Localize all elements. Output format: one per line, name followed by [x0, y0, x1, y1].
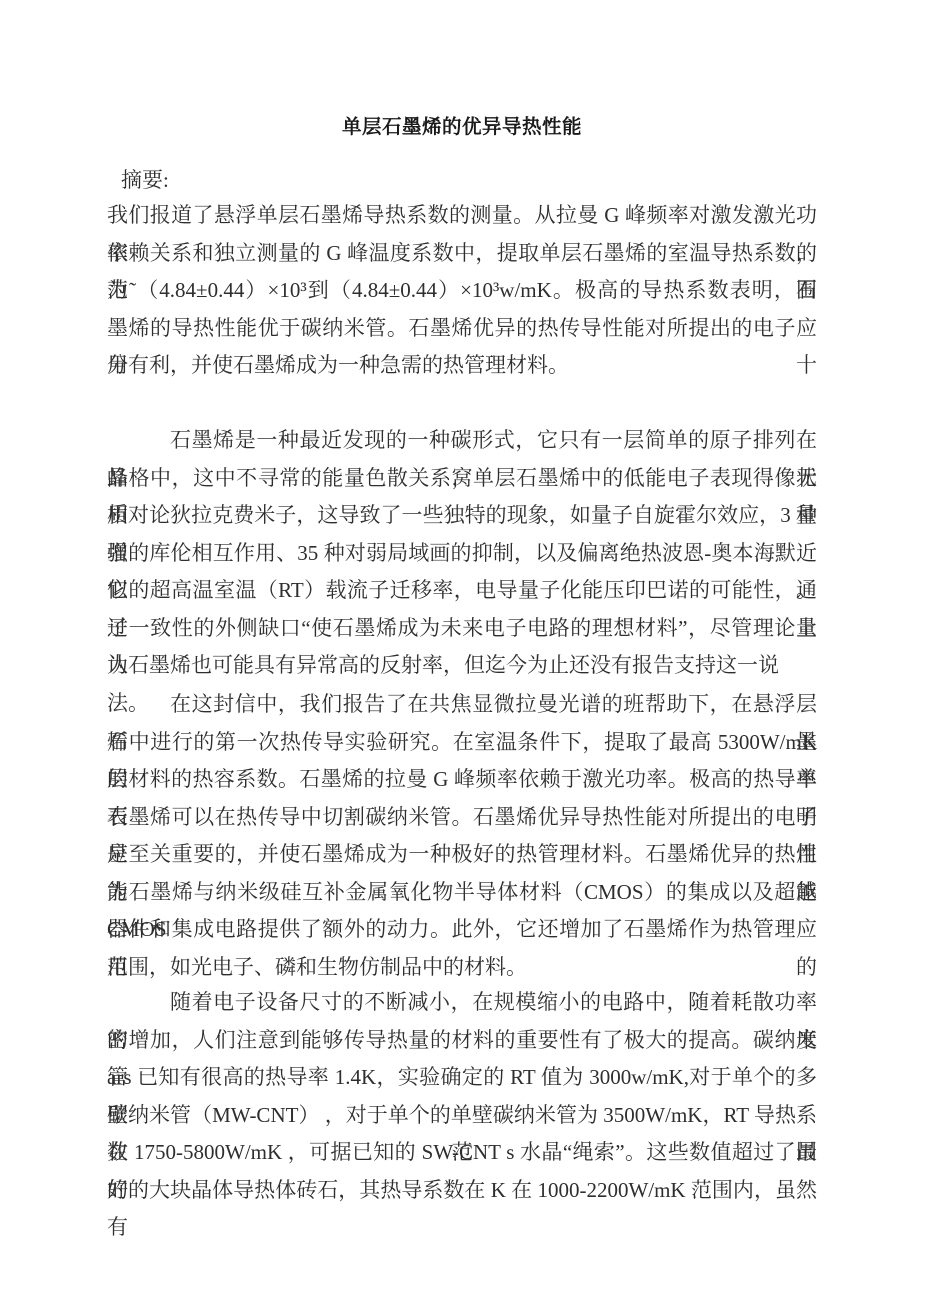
- text-line: 石墨烯是一种最近发现的一种碳形式，它只有一层简单的原子排列在蜂窝状: [107, 422, 817, 460]
- text-line: 相对论狄拉克费米子，这导致了一些独特的现象，如量子自旋霍尔效应，3 种增: [107, 497, 817, 535]
- text-line: 烯中进行的第一次热传导实验研究。在室温条件下，提取了最高 5300W/mK 的单: [107, 724, 817, 762]
- text-line: 碳纳米管（MW-CNT） ，对于单个的单壁碳纳米管为 3500W/mK，RT 导…: [107, 1097, 817, 1135]
- text-line: 是至关重要的，并使石墨烯成为一种极好的热管理材料。石墨烯优异的热性能能: [107, 836, 817, 874]
- text-line: 强的库伦相互作用、35 种对弱局域画的抑制，以及偏离绝热波恩-奥本海默近似。: [107, 535, 817, 573]
- abstract-label: 摘要:: [107, 162, 817, 200]
- text-line: 的增加，人们注意到能够传导热量的材料的重要性有了极大的提高。碳纳米管: [107, 1022, 817, 1060]
- text-line: 为石墨烯也可能具有异常高的反射率，但迄今为止还没有报告支持这一说法。: [107, 647, 817, 685]
- abstract-section-label: 摘要:: [107, 162, 817, 200]
- body-paragraph-3: 随着电子设备尺寸的不断减小，在规模缩小的电路中，随着耗散功率密度 的增加，人们注…: [107, 984, 817, 1209]
- body-paragraph-1: 石墨烯是一种最近发现的一种碳形式，它只有一层简单的原子排列在蜂窝状 晶格中，这中…: [107, 422, 817, 685]
- text-line: 的的大块晶体导热体砖石，其热导系数在 K 在 1000-2200W/mK 范围内…: [107, 1172, 817, 1210]
- document-title: 单层石墨烯的优异导热性能: [107, 112, 817, 142]
- body-paragraph-2: 在这封信中，我们报告了在共焦显微拉曼光谱的班帮助下，在悬浮层石墨 烯中进行的第一…: [107, 686, 817, 987]
- text-line: 在这封信中，我们报告了在共焦显微拉曼光谱的班帮助下，在悬浮层石墨: [107, 686, 817, 724]
- text-line-formula: 为˜（4.84±0.44）×10³到（4.84±0.44）×10³w/mK。极高…: [107, 272, 817, 310]
- text-line: 子一致性的外侧缺口“使石墨烯成为未来电子电路的理想材料”，尽管理论上认: [107, 610, 817, 648]
- text-line: 石墨烯可以在热传导中切割碳纳米管。石墨烯优异导热性能对所提出的电子应用: [107, 799, 817, 837]
- text-line: 晶格中，这中不寻常的能量色散关系，单层石墨烯中的低能电子表现得像无质量: [107, 460, 817, 498]
- text-line: 依赖关系和独立测量的 G 峰温度系数中，提取单层石墨烯的室温导热系数，范围: [107, 235, 817, 273]
- text-line: 在 1750-5800W/mK ，可据已知的 SW-CNT s 水晶“绳索”。这…: [107, 1134, 817, 1172]
- text-line: 为石墨烯与纳米级硅互补金属氧化物半导体材料（CMOS）的集成以及超越 CMOS: [107, 874, 817, 912]
- document-page: 单层石墨烯的优异导热性能 摘要: 我们报道了悬浮单层石墨烯导热系数的测量。从拉曼…: [0, 0, 926, 1309]
- text-line: 层材料的热容系数。石墨烯的拉曼 G 峰频率依赖于激光功率。极高的热导率表明: [107, 761, 817, 799]
- text-line: 墨烯的导热性能优于碳纳米管。石墨烯优异的热传导性能对所提出的电子应用十: [107, 310, 817, 348]
- abstract-paragraph: 我们报道了悬浮单层石墨烯导热系数的测量。从拉曼 G 峰频率对激发激光功率的 依赖…: [107, 197, 817, 385]
- text-line: 它的超高温室温（RT）载流子迁移率，电导量子化能压印巴诺的可能性，通过量: [107, 572, 817, 610]
- text-line: 随着电子设备尺寸的不断减小，在规模缩小的电路中，随着耗散功率密度: [107, 984, 817, 1022]
- text-line: 器件和集成电路提供了额外的动力。此外，它还增加了石墨烯作为热管理应用的: [107, 911, 817, 949]
- text-line: ars 已知有很高的热导率 1.4K，实验确定的 RT 值为 3000w/mK,…: [107, 1059, 817, 1097]
- text-line: 我们报道了悬浮单层石墨烯导热系数的测量。从拉曼 G 峰频率对激发激光功率的: [107, 197, 817, 235]
